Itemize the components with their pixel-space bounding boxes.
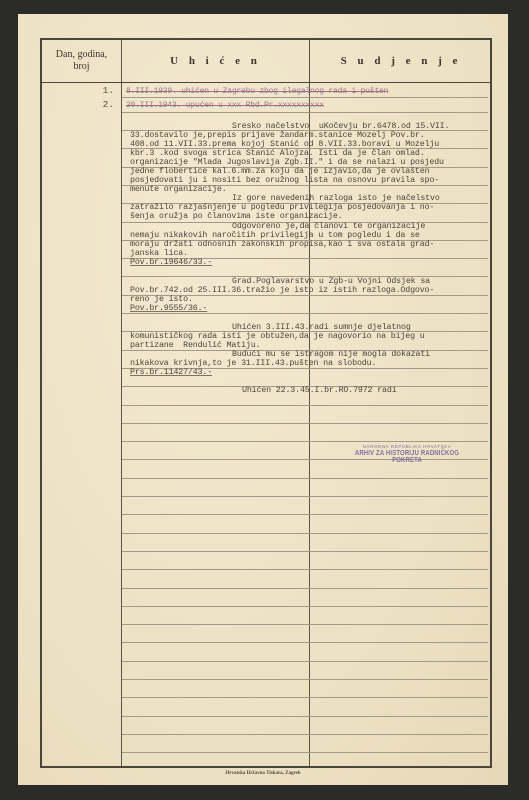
typed-line: organizacije "Mlada Jugoslavija Zgb.II."…	[130, 158, 444, 167]
printer-imprint: Hrvatska Državna Tiskara, Zagreb	[18, 771, 508, 776]
typed-line: komunističkog rada isti je obtužen,da je…	[130, 332, 425, 341]
typed-line: reno je isto.	[130, 295, 193, 304]
typed-line: Budući mu se istragom nije mogla dokazat…	[232, 350, 430, 359]
typed-line: posjedovati ju i nositi bez oružnog list…	[130, 176, 439, 185]
typed-line: Pov.br.19646/33.-	[130, 258, 212, 267]
document-page: Dan, godina, broj U h i ć e n S u d j e …	[18, 14, 508, 785]
typed-line: kbr.3 .kod svoga strica Stanić Alojza. I…	[130, 149, 425, 158]
entries: 1. 8.III.1939. uhićen u Zagrebu zbog ile…	[42, 40, 490, 766]
typed-line: Uhićen 22.3.45.I.br.RO.7972 radi	[242, 386, 397, 395]
typed-line: partizane Rendulić Matiju.	[130, 341, 260, 350]
typed-line: nikakova krivnja,to je 31.III.43.pušten …	[130, 359, 376, 368]
typed-line: Iz gore navedenih razloga isto je načels…	[232, 194, 440, 203]
typed-line: jedne flobertice kal.6.mm.za koju da je …	[130, 167, 429, 176]
typed-line: 408.od 11.VII.33.prema kojoj Stanić od 8…	[130, 140, 439, 149]
register-table: Dan, godina, broj U h i ć e n S u d j e …	[40, 38, 492, 768]
typed-line: Sresko načelstvo uKočevju br.6478.od 15.…	[232, 122, 449, 131]
typed-line: zatražilo razjašnjenje u pogledu privile…	[130, 203, 434, 212]
typed-line: Pov.br.742.od 25.III.36.tražio je isto i…	[130, 286, 434, 295]
typed-line: menute organizacije.	[130, 185, 227, 194]
typed-line: janska lica.	[130, 249, 188, 258]
typed-line: šenja oružja po članovima iste organizac…	[130, 212, 342, 221]
typed-line: moraju držati odnosnih zakonskih propisa…	[130, 240, 434, 249]
struck-entry: 8.III.1939. uhićen u Zagrebu zbog ilegal…	[126, 87, 388, 96]
entry-number: 1.	[42, 86, 114, 95]
typed-line: nemaju nikakovih naročitih privilegija u…	[130, 231, 420, 240]
typed-line: Prs.br.11427/43.-	[130, 368, 212, 377]
entry-number: 2.	[42, 100, 114, 109]
typed-line: Odgovoreno je,da članovi te organizacije	[232, 222, 425, 231]
struck-entry: 20.III.1943. upućen u xxx Rbd.Pr.xxxxxxx…	[126, 101, 324, 110]
typed-line: Uhićen 3.III.43.radi sumnje djelatnog	[232, 323, 411, 332]
stamp-line-2: ARHIV ZA HISTORIJU RADNIČKOG POKRETA	[343, 450, 471, 464]
typed-line: 33.dostavilo je,prepis prijave žandarm.s…	[130, 131, 425, 140]
typed-line: Pov.br.9555/36.-	[130, 304, 207, 313]
typed-line: Grad.Poglavarstvo u Zgb-u Vojni Odsjek s…	[232, 277, 430, 286]
archive-stamp: NARODNA REPUBLIKA HRVATSKA ARHIV ZA HIST…	[332, 444, 482, 464]
stamp-line-1: NARODNA REPUBLIKA HRVATSKA	[332, 444, 482, 449]
